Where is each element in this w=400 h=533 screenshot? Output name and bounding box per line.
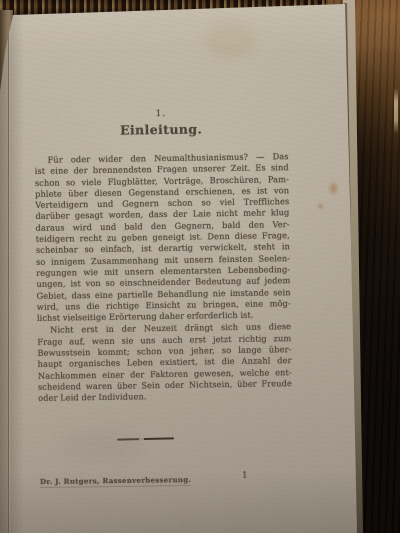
- book-photo: 1. Einleitung. Für oder wider den Neumal…: [0, 0, 400, 533]
- printed-text-block: 1. Einleitung. Für oder wider den Neumal…: [34, 106, 292, 404]
- table-highlight: [394, 88, 398, 134]
- text-line: oder Leid der Individuen.: [38, 389, 292, 404]
- ink-dash-mark: [117, 437, 174, 440]
- chapter-title: Einleitung.: [34, 120, 288, 139]
- paragraph: Nicht erst in der Neuzeit drängt sich un…: [37, 322, 292, 405]
- chapter-number: 1.: [34, 106, 288, 122]
- footer-signature: Dr. J. Rutgers, Rassenverbesserung.: [40, 475, 191, 488]
- paragraph: Für oder wider den Neumalthusianismus? —…: [34, 151, 290, 324]
- paper-stain: [205, 22, 255, 58]
- gutter-crease: [8, 18, 9, 533]
- foxing-spot: [318, 203, 323, 209]
- book-page: 1. Einleitung. Für oder wider den Neumal…: [0, 0, 400, 533]
- paper-stain: [60, 430, 140, 460]
- gutter-shadow: [0, 0, 24, 533]
- sheet-number: 1: [242, 471, 248, 481]
- foxing-spot: [330, 183, 337, 194]
